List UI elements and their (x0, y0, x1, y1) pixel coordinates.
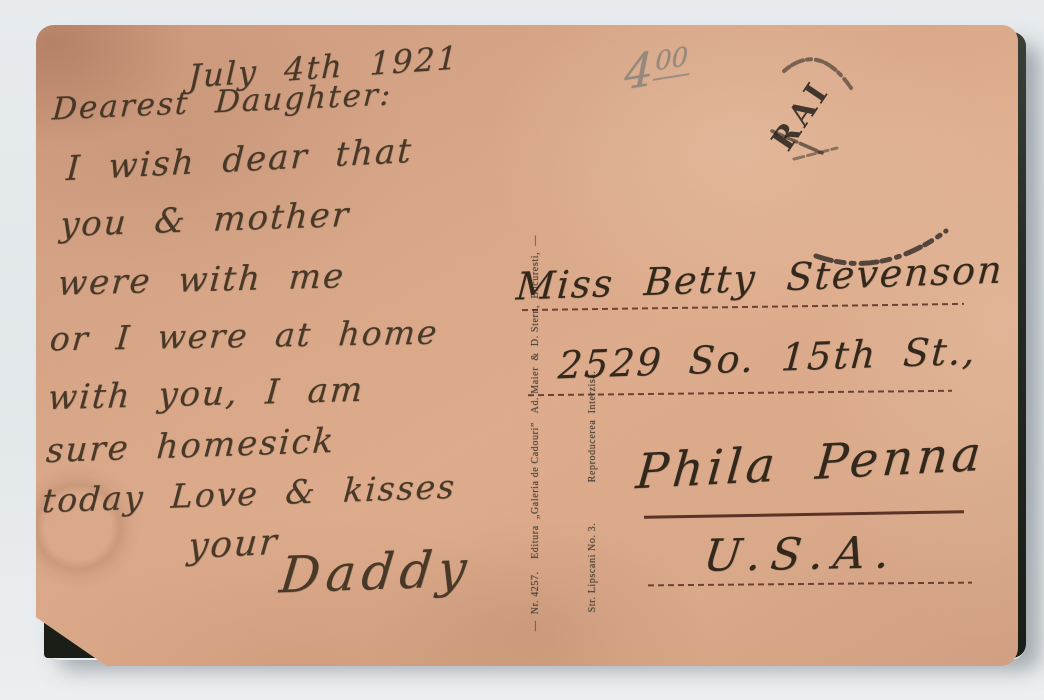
message-line: sure homesick (45, 424, 336, 468)
postcard-back: July 4th 1921 Dearest Daughter: I wish d… (36, 25, 1018, 666)
message-line: with you, I am (47, 373, 366, 415)
address-rule-4 (648, 582, 972, 587)
message-line: today Love & kisses (41, 470, 457, 518)
postmark-rai-text: RAI (765, 74, 838, 157)
price-dollars: 4 (624, 41, 654, 100)
postcard-photo: July 4th 1921 Dearest Daughter: I wish d… (0, 0, 1044, 700)
address-country: U.S.A. (701, 531, 902, 579)
message-signature: Daddy (277, 544, 474, 601)
price-pencil-note: 400 (624, 35, 691, 100)
message-closing: your (186, 525, 279, 566)
address-rule-3 (644, 510, 964, 519)
message-line: or I were at home (49, 316, 440, 356)
publisher-imprint-line1: — Nr. 4257. Editura „Galeria de Cadouri”… (526, 51, 545, 631)
address-city: Phila Penna (634, 430, 987, 497)
message-line: you & mother (59, 198, 351, 242)
message-line: I wish dear that (65, 134, 413, 186)
postmark-rim-arc (784, 59, 851, 88)
postmark-slash-2 (794, 148, 837, 159)
publisher-imprint: — Nr. 4257. Editura „Galeria de Cadouri”… (488, 51, 532, 631)
postmark-slash-1 (772, 131, 822, 153)
message-line: were with me (57, 259, 347, 301)
message-salutation: Dearest Daughter: (51, 80, 393, 126)
price-cents: 00 (653, 41, 690, 80)
